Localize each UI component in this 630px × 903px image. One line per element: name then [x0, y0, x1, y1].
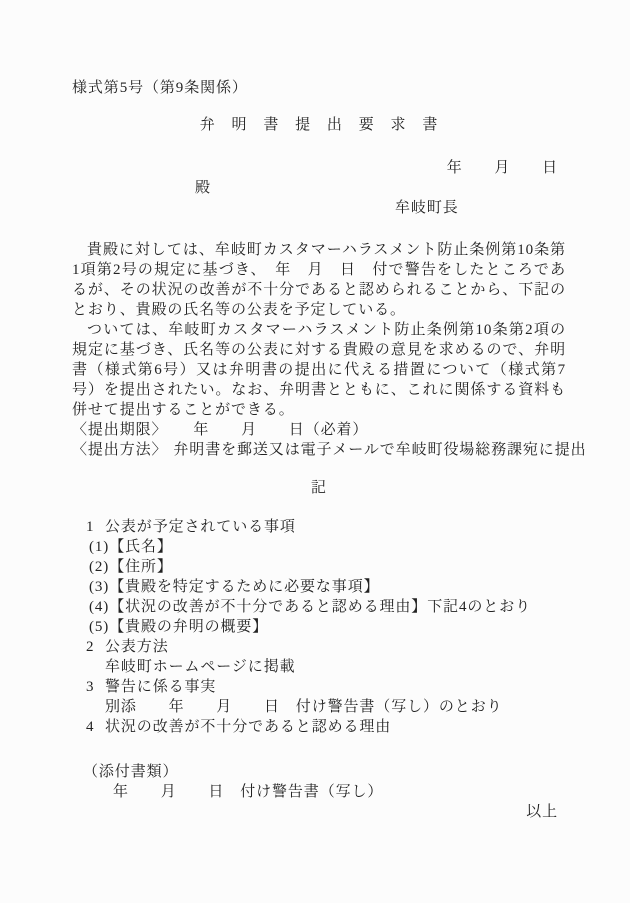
body-paragraph-1: 貴殿に対しては、牟岐町カスタマーハラスメント防止条例第10条第1項第2号の規定に… [72, 240, 566, 320]
list-item-2-number: 2 [86, 637, 105, 657]
list-item-2: 2公表方法 [72, 637, 566, 657]
list-item-1-sub-2: (2)【住所】 [72, 557, 566, 577]
list-item-1-number: 1 [86, 517, 105, 537]
submission-method-label: 〈提出方法〉 [72, 442, 167, 458]
list-item-2-title: 公表方法 [105, 639, 169, 655]
sender-name: 牟岐町長 [72, 198, 566, 218]
submission-deadline-value: 年 月 日（必着） [193, 422, 368, 438]
submission-deadline-line: 〈提出期限〉年 月 日（必着） [72, 420, 566, 440]
list-item-1-sub-4: (4)【状況の改善が不十分であると認める理由】下記4のとおり [72, 597, 566, 617]
document-title: 弁 明 書 提 出 要 求 書 [72, 115, 566, 135]
list-item-4-number: 4 [86, 717, 105, 737]
list-item-3-detail: 別添 年 月 日 付け警告書（写し）のとおり [72, 697, 566, 717]
closing-ijou: 以上 [72, 802, 566, 822]
list-item-1-title: 公表が予定されている事項 [105, 519, 296, 535]
document-page: 様式第5号（第9条関係） 弁 明 書 提 出 要 求 書 年 月 日 殿 牟岐町… [0, 0, 630, 903]
list-item-1: 1公表が予定されている事項 [72, 517, 566, 537]
attachment-label: （添付書類） [72, 762, 566, 782]
body-paragraph-2: ついては、牟岐町カスタマーハラスメント防止条例第10条第2項の規定に基づき、氏名… [72, 320, 566, 420]
list-item-1-sub-5: (5)【貴殿の弁明の概要】 [72, 617, 566, 637]
ki-heading: 記 [72, 478, 566, 498]
list-item-4: 4状況の改善が不十分であると認める理由 [72, 717, 566, 737]
date-line: 年 月 日 [72, 158, 566, 178]
form-number: 様式第5号（第9条関係） [72, 78, 566, 98]
submission-method-line: 〈提出方法〉弁明書を郵送又は電子メールで牟岐町役場総務課宛に提出 [72, 440, 566, 460]
list-item-3-title: 警告に係る事実 [105, 679, 216, 695]
addressee-suffix: 殿 [72, 178, 566, 198]
list-item-3: 3警告に係る事実 [72, 677, 566, 697]
list-item-4-title: 状況の改善が不十分であると認める理由 [105, 719, 391, 735]
numbered-list: 1公表が予定されている事項 (1)【氏名】 (2)【住所】 (3)【貴殿を特定す… [72, 517, 566, 737]
list-item-3-number: 3 [86, 677, 105, 697]
submission-method-value: 弁明書を郵送又は電子メールで牟岐町役場総務課宛に提出 [173, 442, 586, 458]
list-item-2-detail: 牟岐町ホームページに掲載 [72, 657, 566, 677]
list-item-1-sub-1: (1)【氏名】 [72, 537, 566, 557]
submission-deadline-label: 〈提出期限〉 [72, 422, 167, 438]
attachment-value: 年 月 日 付け警告書（写し） [72, 782, 566, 802]
list-item-1-sub-3: (3)【貴殿を特定するために必要な事項】 [72, 577, 566, 597]
